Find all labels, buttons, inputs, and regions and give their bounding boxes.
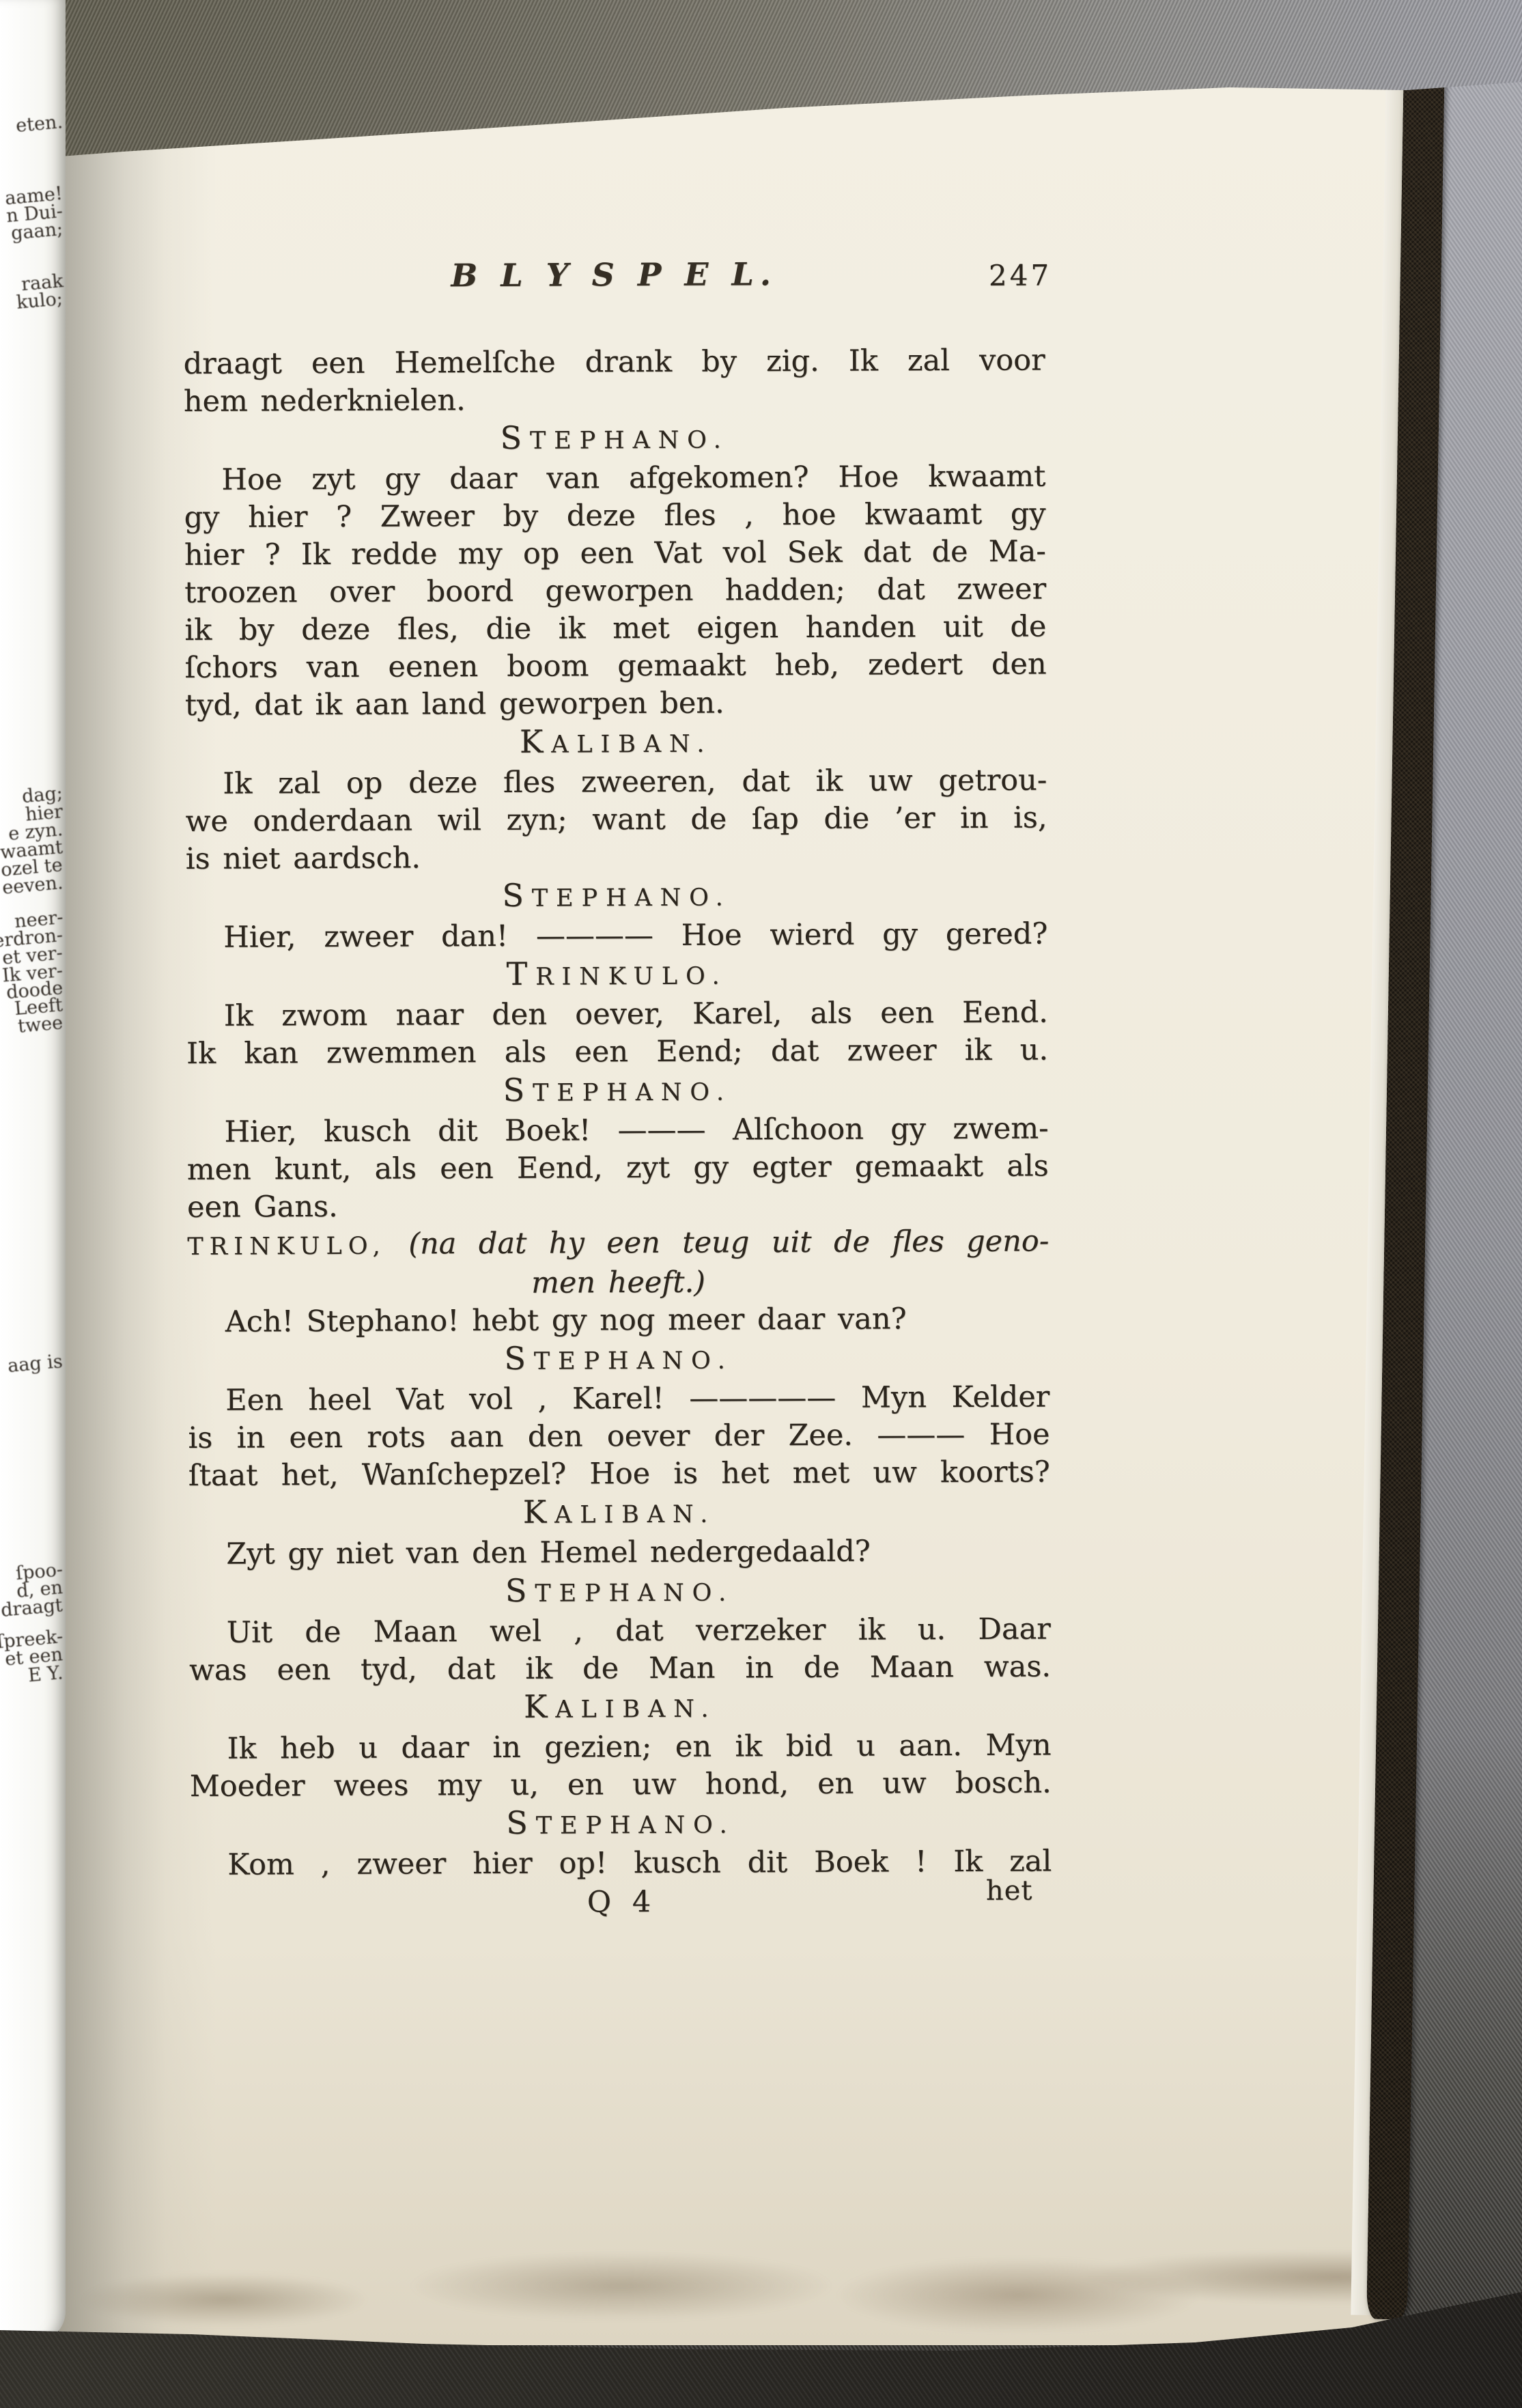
speaker-heading: STEPHANO. [184, 417, 1045, 462]
speaker-heading: TRINKULO. [186, 953, 1047, 998]
dialogue-line: Ach! Stephano! hebt gy nog meer daar van… [188, 1300, 1049, 1341]
speaker-name: TRINKULO, [187, 1233, 386, 1261]
dialogue-line: Ik heb u daar in gezien; en ik bid u aan… [189, 1726, 1051, 1768]
dialogue-line: ik by deze fles, die ik met eigen handen… [184, 608, 1046, 649]
dialogue-line: hier ? Ik redde my op een Vat vol Sek da… [184, 533, 1046, 574]
speaker-heading: STEPHANO. [188, 1337, 1049, 1382]
dialogue-line: Ik kan zwemmen als een Eend; dat zweer i… [186, 1031, 1048, 1073]
signature-line: Q 4 het [190, 1881, 1052, 1923]
dialogue-line: gy hier ? Zweer by deze fles , hoe kwaam… [184, 495, 1046, 537]
speaker-heading: STEPHANO. [186, 874, 1047, 919]
facing-page-text-fragment: eeven. [1, 873, 64, 897]
dialogue-line: hem nederknielen. [184, 379, 1045, 421]
dialogue-line: draagt een Hemelſche drank by zig. Ik za… [184, 341, 1045, 383]
speaker-heading: STEPHANO. [190, 1802, 1052, 1847]
running-head: B L Y S P E L. 247 [183, 254, 1045, 346]
speaker-heading: STEPHANO. [186, 1069, 1048, 1114]
dialogue-line: Een heel Vat vol , Karel! ————— Myn Keld… [188, 1378, 1049, 1420]
printed-text-block: B L Y S P E L. 247 draagt een Hemelſche … [183, 254, 1052, 1922]
dialogue-line: troozen over boord geworpen hadden; dat … [184, 570, 1046, 612]
dialogue-line: Zyt gy niet van den Hemel nedergedaald? [188, 1532, 1050, 1573]
catchword: het [986, 1873, 1033, 1910]
speaker-heading: KALIBAN. [185, 720, 1047, 766]
dialogue-line: Ik zal op deze fles zweeren, dat ik uw g… [185, 761, 1047, 803]
speaker-heading: STEPHANO. [188, 1569, 1050, 1614]
dialogue-line: was een tyd, dat ik de Man in de Maan wa… [189, 1648, 1051, 1690]
stage-direction-continued: men heeft.) [187, 1262, 1049, 1304]
facing-page-text-fragment: eten. [15, 113, 64, 135]
text-column: draagt een Hemelſche drank by zig. Ik za… [184, 341, 1052, 1922]
dialogue-line: ſchors van eenen boom gemaakt heb, zeder… [185, 645, 1047, 687]
facing-page-text-fragment: E Y. [27, 1664, 64, 1685]
signature-mark: Q 4 [587, 1885, 655, 1919]
dialogue-line: Uit de Maan wel , dat verzeker ik u. Daa… [189, 1610, 1051, 1652]
dialogue-line: is in een rots aan den oever der Zee. ——… [188, 1416, 1049, 1457]
dialogue-line: tyd, dat ik aan land geworpen ben. [185, 683, 1047, 725]
dialogue-line: Hier, zweer dan! ———— Hoe wierd gy gered… [186, 915, 1047, 957]
facing-page-text-fragment: draagt [1, 1596, 64, 1620]
dialogue-line: men kunt, als een Eend, zyt gy egter gem… [187, 1147, 1049, 1189]
dialogue-line: Hoe zyt gy daar van afgekomen? Hoe kwaam… [184, 458, 1045, 499]
running-title: B L Y S P E L. [183, 254, 1045, 295]
dialogue-line: een Gans. [187, 1185, 1049, 1227]
dialogue-line: ſtaat het, Wanſchepzel? Hoe is het met u… [188, 1453, 1050, 1495]
speaker-with-stage-direction: TRINKULO, (na dat hy een teug uit de fle… [187, 1222, 1049, 1266]
facing-page-text-fragment: gaan; [10, 220, 64, 243]
stage-direction: (na dat hy een teug uit de fles geno- [408, 1224, 1049, 1261]
speaker-heading: KALIBAN. [188, 1491, 1050, 1536]
book-photograph: B L Y S P E L. 247 draagt een Hemelſche … [0, 0, 1522, 2408]
facing-page-text-fragment: aag is [8, 1352, 64, 1375]
dialogue-line: is niet aardsch. [186, 837, 1047, 878]
speaker-heading: KALIBAN. [189, 1685, 1051, 1731]
book-page: B L Y S P E L. 247 draagt een Hemelſche … [59, 87, 1396, 2345]
page-number: 247 [989, 258, 1052, 292]
dialogue-line: Hier, kusch dit Boek! ——— Alſchoon gy zw… [186, 1110, 1048, 1151]
facing-page-text-fragment: kulo; [16, 290, 64, 312]
facing-page-text-fragment: twee [17, 1013, 64, 1036]
facing-page-edge: eten. aame! n Dui- gaan; raak kulo; dag;… [0, 0, 66, 2342]
dialogue-line: Ik zwom naar den oever, Karel, als een E… [186, 994, 1048, 1035]
dialogue-line: we onderdaan wil zyn; want de ſap die ’e… [185, 799, 1047, 841]
dialogue-line: Kom , zweer hier op! kusch dit Boek ! Ik… [190, 1843, 1052, 1884]
dialogue-line: Moeder wees my u, en uw hond, en uw bosc… [190, 1764, 1052, 1806]
